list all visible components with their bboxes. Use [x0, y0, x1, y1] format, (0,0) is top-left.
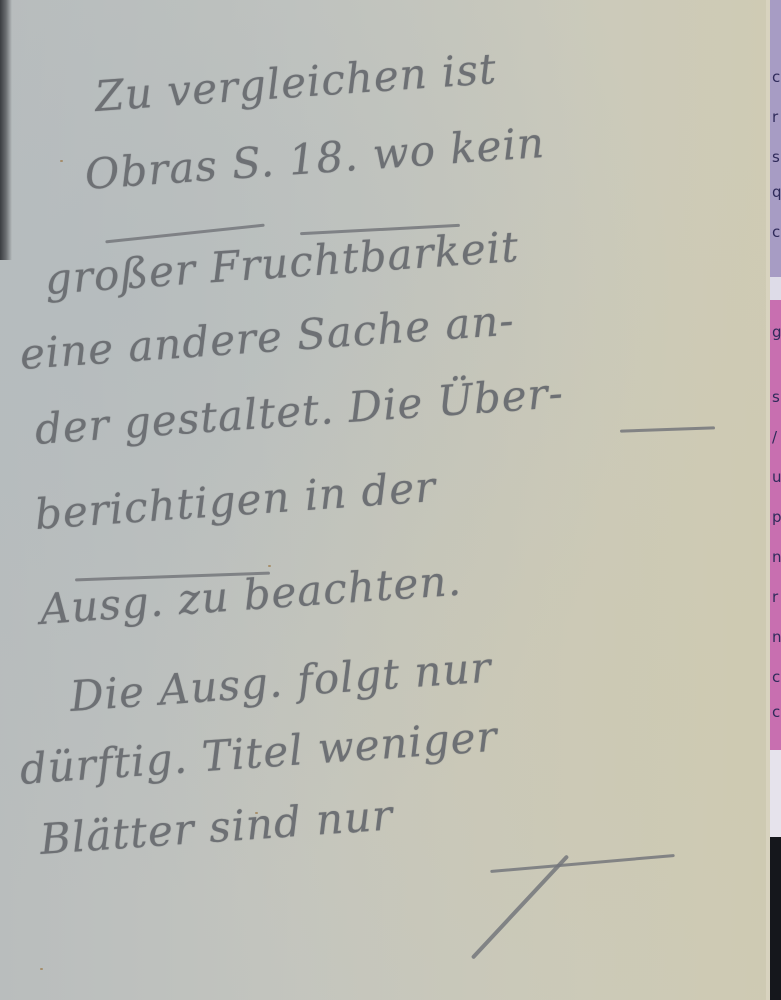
paper-fleck — [268, 565, 271, 567]
handwritten-line-10: Blätter sind nur — [38, 790, 394, 864]
handwritten-line-6: berichtigen in der — [33, 462, 437, 539]
paper-fleck — [60, 160, 63, 162]
handwritten-line-4: eine andere Sache an- — [18, 295, 516, 378]
strip-letter: r — [772, 590, 778, 605]
strip-letter: n — [772, 550, 781, 565]
strip-letter: s — [772, 390, 780, 405]
strip-letter: g — [772, 325, 781, 340]
underline-uber — [620, 426, 715, 432]
handwritten-line-8: Die Ausg. folgt nur — [68, 643, 493, 721]
handwritten-line-3: großer Fruchtbarkeit — [43, 222, 520, 304]
strip-letter: c — [772, 225, 780, 240]
strip-letter: c — [772, 705, 780, 720]
strip-letter: / — [772, 430, 777, 445]
strip-letter: s — [772, 150, 780, 165]
handwritten-line-7: Ausg. zu beachten. — [38, 556, 463, 634]
strip-letter: n — [772, 630, 781, 645]
book-spine-shadow — [0, 0, 12, 260]
handwritten-line-5: der gestaltet. Die Über- — [33, 368, 565, 454]
paper-fleck — [40, 968, 43, 970]
handwritten-line-2: Obras S. 18. wo kein — [83, 118, 546, 199]
strip-letter: c — [772, 70, 780, 85]
strip-letter: q — [772, 185, 781, 200]
strip-letter: c — [772, 670, 780, 685]
handwritten-line-1: Zu vergleichen ist — [93, 44, 498, 121]
edge-strip-white-lower — [770, 750, 781, 837]
edge-strip-white — [770, 277, 781, 300]
edge-strip-dark — [770, 837, 781, 1000]
handwritten-line-9: dürftig. Titel weniger — [18, 712, 499, 794]
manuscript-page: Zu vergleichen ist Obras S. 18. wo kein … — [0, 0, 770, 1000]
strip-letter: u — [772, 470, 781, 485]
underline-nur — [490, 854, 675, 873]
strip-letter: r — [772, 110, 778, 125]
strip-letter: p — [772, 510, 781, 525]
paper-fleck — [255, 812, 258, 814]
